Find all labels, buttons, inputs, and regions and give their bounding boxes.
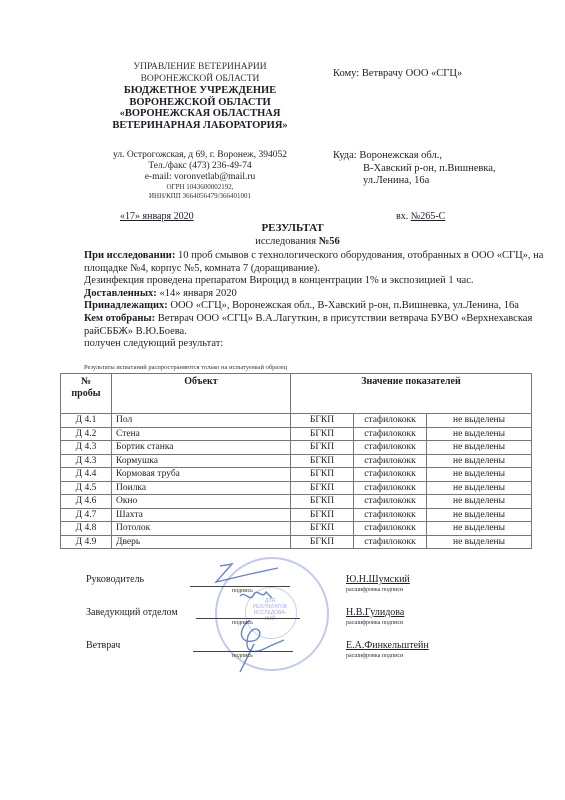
cell-staph: стафилококк [354,441,427,455]
cell-result: не выделены [427,454,532,468]
authority-line-1: УПРАВЛЕНИЕ ВЕТЕРИНАРИИ [80,62,320,74]
cell-result: не выделены [427,495,532,509]
cell-staph: стафилококк [354,427,427,441]
signature-role-vet: Ветврач [86,640,120,651]
cell-bgkp: БГКП [291,454,354,468]
cell-bgkp: БГКП [291,414,354,428]
recipient-address: Куда: Воронежская обл., В-Хавский р-он, … [333,150,496,188]
header-values: Значение показателей [291,374,532,414]
table-row: Д 4.4Кормовая трубаБГКПстафилококкне выд… [61,468,532,482]
cell-bgkp: БГКП [291,441,354,455]
cell-object: Шахта [112,508,291,522]
delivered-text: «14» января 2020 [157,288,237,299]
cell-result: не выделены [427,427,532,441]
cell-staph: стафилококк [354,508,427,522]
signature-name-caption: расшифровка подписи [346,653,403,659]
cell-result: не выделены [427,481,532,495]
cell-object: Поилка [112,481,291,495]
header-no-label: пробы [71,388,100,399]
table-row: Д 4.6ОкноБГКПстафилококкне выделены [61,495,532,509]
disinfection-text: Дезинфекция проведена препаратом Вироцид… [84,275,544,288]
cell-object: Пол [112,414,291,428]
research-label: При исследовании: [84,250,175,261]
cell-object: Дверь [112,535,291,549]
signature-name-head: Ю.Н.Шумский [346,574,410,585]
cell-no: Д 4.5 [61,481,112,495]
cell-bgkp: БГКП [291,427,354,441]
cell-no: Д 4.3 [61,454,112,468]
issuer-email: e-mail: voronvetlab@mail.ru [80,172,320,183]
cell-staph: стафилококк [354,481,427,495]
incoming-no: №265-С [411,211,446,222]
cell-no: Д 4.9 [61,535,112,549]
issuer-address: ул. Острогожская, д 69, г. Воронеж, 3940… [80,150,320,161]
signature-line [196,618,300,619]
issuer-phone: Тел./факс (473) 236-49-74 [80,161,320,172]
signature-caption: подпись [232,620,253,626]
cell-bgkp: БГКП [291,468,354,482]
cell-staph: стафилококк [354,468,427,482]
cell-object: Кормушка [112,454,291,468]
org-line-3: «ВОРОНЕЖСКАЯ ОБЛАСТНАЯ [80,108,320,120]
signature-role-head: Руководитель [86,574,144,585]
cell-no: Д 4.8 [61,522,112,536]
org-line-2: ВОРОНЕЖСКОЙ ОБЛАСТИ [80,97,320,109]
cell-staph: стафилококк [354,414,427,428]
table-row: Д 4.3КормушкаБГКПстафилококкне выделены [61,454,532,468]
cell-staph: стафилококк [354,454,427,468]
cell-no: Д 4.7 [61,508,112,522]
cell-result: не выделены [427,441,532,455]
incoming-prefix: вх. [396,211,411,222]
table-row: Д 4.5ПоилкаБГКПстафилококкне выделены [61,481,532,495]
signature-role-dept-head: Заведующий отделом [86,607,178,618]
cell-no: Д 4.3 [61,441,112,455]
cell-object: Стена [112,427,291,441]
result-intro: получен следующий результат: [84,338,544,351]
subtitle-prefix: исследования [255,236,318,247]
cell-no: Д 4.4 [61,468,112,482]
recipient-address-line-2: В-Хавский р-он, п.Вишневка, [333,163,496,176]
cell-result: не выделены [427,522,532,536]
cell-result: не выделены [427,535,532,549]
cell-staph: стафилококк [354,535,427,549]
issuer-ogrn: ОГРН 1043600002192, [80,183,320,192]
signature-name-dept-head: Н.В.Гулидова [346,607,404,618]
owner-paragraph: Принадлежащих: ООО «СГЦ», Воронежская об… [84,300,544,313]
cell-object: Бортик станка [112,441,291,455]
table-row: Д 4.1ПолБГКПстафилококкне выделены [61,414,532,428]
signature-caption: подпись [232,588,253,594]
signature-name-caption: расшифровка подписи [346,620,403,626]
delivered-paragraph: Доставленных: «14» января 2020 [84,288,544,301]
issuer-header: УПРАВЛЕНИЕ ВЕТЕРИНАРИИ ВОРОНЕЖСКОЙ ОБЛАС… [80,62,320,131]
cell-bgkp: БГКП [291,535,354,549]
table-row: Д 4.2СтенаБГКПстафилококкне выделены [61,427,532,441]
header-sample-no: №пробы [61,374,112,414]
cell-bgkp: БГКП [291,495,354,509]
cell-staph: стафилококк [354,495,427,509]
signature-line [193,651,293,652]
sampled-paragraph: Кем отобраны: Ветврач ООО «СГЦ» В.А.Лагу… [84,313,544,338]
cell-result: не выделены [427,508,532,522]
table-row: Д 4.3Бортик станкаБГКПстафилококкне выде… [61,441,532,455]
table-header-row: №пробы Объект Значение показателей [61,374,532,414]
cell-staph: стафилококк [354,522,427,536]
cell-object: Окно [112,495,291,509]
authority-line-2: ВОРОНЕЖСКОЙ ОБЛАСТИ [80,74,320,86]
owner-label: Принадлежащих: [84,300,168,311]
document-subtitle: исследования №56 [0,236,565,247]
org-line-1: БЮДЖЕТНОЕ УЧРЕЖДЕНИЕ [80,85,320,97]
incoming-number: вх. №265-С [396,211,445,222]
cell-no: Д 4.6 [61,495,112,509]
issuer-inn-kpp: ИНН/КПП 3664056479/366401001 [80,192,320,201]
cell-bgkp: БГКП [291,508,354,522]
scope-note: Результаты испытаний распространяются то… [84,364,287,371]
header-no-symbol: № [81,376,91,387]
document-date: «17» января 2020 [120,211,194,222]
delivered-label: Доставленных: [84,288,157,299]
study-details: При исследовании: 10 проб смывов с техно… [84,250,544,351]
signature-caption: подпись [232,653,253,659]
org-line-4: ВЕТЕРИНАРНАЯ ЛАБОРАТОРИЯ» [80,120,320,132]
recipient: Кому: Ветврачу ООО «СГЦ» [333,68,462,79]
owner-text: ООО «СГЦ», Воронежская обл., В-Хавский р… [168,300,519,311]
cell-no: Д 4.1 [61,414,112,428]
cell-no: Д 4.2 [61,427,112,441]
issuer-contacts: ул. Острогожская, д 69, г. Воронеж, 3940… [80,150,320,201]
recipient-address-line-1: Куда: Воронежская обл., [333,150,496,163]
cell-bgkp: БГКП [291,481,354,495]
signature-name-vet: Е.А.Финкельштейн [346,640,429,651]
cell-result: не выделены [427,414,532,428]
research-paragraph: При исследовании: 10 проб смывов с техно… [84,250,544,275]
signature-line [190,586,290,587]
cell-bgkp: БГКП [291,522,354,536]
cell-object: Кормовая труба [112,468,291,482]
table-row: Д 4.7ШахтаБГКПстафилококкне выделены [61,508,532,522]
table-row: Д 4.9ДверьБГКПстафилококкне выделены [61,535,532,549]
table-row: Д 4.8ПотолокБГКПстафилококкне выделены [61,522,532,536]
cell-result: не выделены [427,468,532,482]
header-object: Объект [112,374,291,414]
document-title: РЕЗУЛЬТАТ [0,222,565,234]
sampled-label: Кем отобраны: [84,313,155,324]
results-table: №пробы Объект Значение показателей Д 4.1… [60,373,532,549]
signature-name-caption: расшифровка подписи [346,587,403,593]
cell-object: Потолок [112,522,291,536]
recipient-address-line-3: ул.Ленина, 16а [333,175,496,188]
study-number: №56 [319,236,340,247]
